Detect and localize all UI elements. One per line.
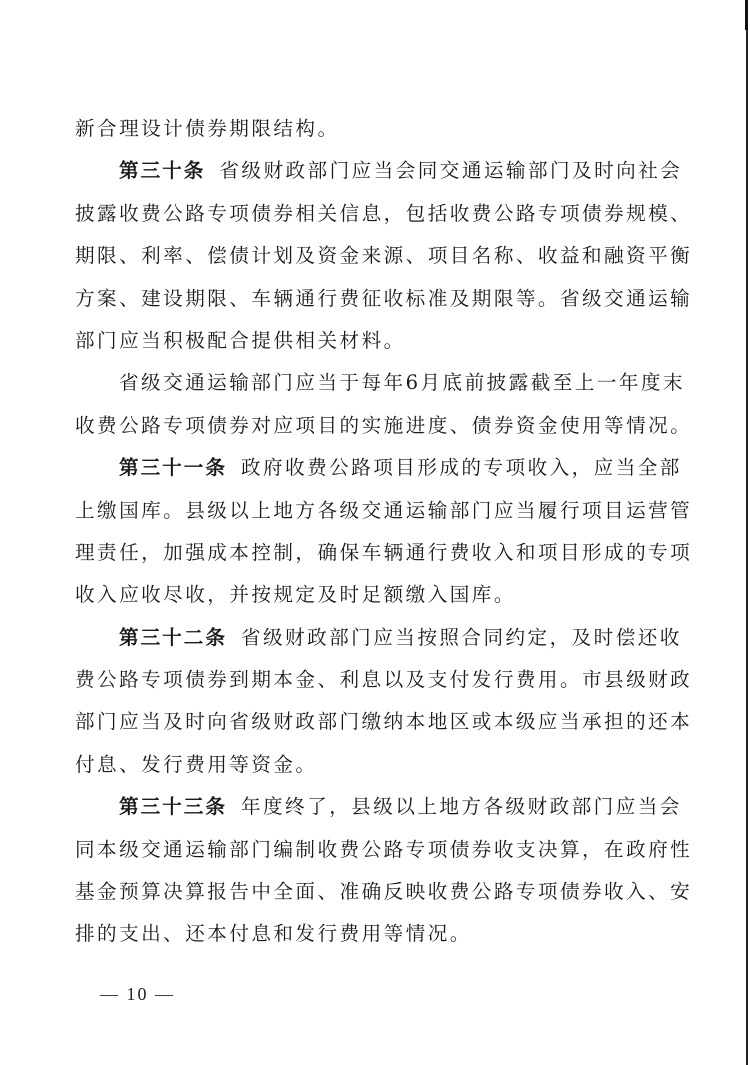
text-line: 同本级交通运输部门编制收费公路专项债券收支决算，在政府性 bbox=[75, 829, 660, 871]
page-number: — 10 — bbox=[100, 984, 175, 1005]
article-30-first-line: 第三十条省级财政部门应当会同交通运输部门及时向社会 bbox=[75, 150, 660, 192]
text-line: 省级交通运输部门应当于每年6月底前披露截至上一年度末 bbox=[75, 362, 660, 404]
article-text: 省级财政部门应当会同交通运输部门及时向社会 bbox=[219, 159, 682, 182]
text-line: 方案、建设期限、车辆通行费征收标准及期限等。省级交通运输 bbox=[75, 278, 660, 320]
text-line: 部门应当及时向省级财政部门缴纳本地区或本级应当承担的还本 bbox=[75, 701, 660, 743]
article-32-first-line: 第三十二条省级财政部门应当按照合同约定，及时偿还收 bbox=[75, 617, 660, 659]
text-line: 收费公路专项债券对应项目的实施进度、债券资金使用等情况。 bbox=[75, 405, 660, 447]
page-edge-shadow bbox=[745, 0, 748, 30]
article-text: 政府收费公路项目形成的专项收入，应当全部 bbox=[241, 456, 682, 479]
page-edge-line bbox=[746, 0, 748, 1065]
text-line: 披露收费公路专项债券相关信息，包括收费公路专项债券规模、 bbox=[75, 193, 660, 235]
article-number: 第三十三条 bbox=[119, 795, 227, 818]
text-line: 收入应收尽收，并按规定及时足额缴入国库。 bbox=[75, 574, 660, 616]
article-text: 省级财政部门应当按照合同约定，及时偿还收 bbox=[241, 626, 682, 649]
text-line: 上缴国库。县级以上地方各级交通运输部门应当履行项目运营管 bbox=[75, 490, 660, 532]
article-number: 第三十二条 bbox=[119, 626, 227, 649]
text-line: 新合理设计债券期限结构。 bbox=[75, 108, 660, 150]
article-31-first-line: 第三十一条政府收费公路项目形成的专项收入，应当全部 bbox=[75, 447, 660, 489]
text-line: 付息、发行费用等资金。 bbox=[75, 744, 660, 786]
text-line: 基金预算决算报告中全面、准确反映收费公路专项债券收入、安 bbox=[75, 871, 660, 913]
document-body: 新合理设计债券期限结构。 第三十条省级财政部门应当会同交通运输部门及时向社会 披… bbox=[75, 108, 660, 956]
text-line: 费公路专项债券到期本金、利息以及支付发行费用。市县级财政 bbox=[75, 659, 660, 701]
text-line: 部门应当积极配合提供相关材料。 bbox=[75, 320, 660, 362]
text-line: 期限、利率、偿债计划及资金来源、项目名称、收益和融资平衡 bbox=[75, 235, 660, 277]
article-number: 第三十条 bbox=[119, 159, 205, 182]
text-line: 排的支出、还本付息和发行费用等情况。 bbox=[75, 913, 660, 955]
article-text: 年度终了，县级以上地方各级财政部门应当会 bbox=[241, 795, 682, 818]
text-line: 理责任，加强成本控制，确保车辆通行费收入和项目形成的专项 bbox=[75, 532, 660, 574]
article-number: 第三十一条 bbox=[119, 456, 227, 479]
article-33-first-line: 第三十三条年度终了，县级以上地方各级财政部门应当会 bbox=[75, 786, 660, 828]
